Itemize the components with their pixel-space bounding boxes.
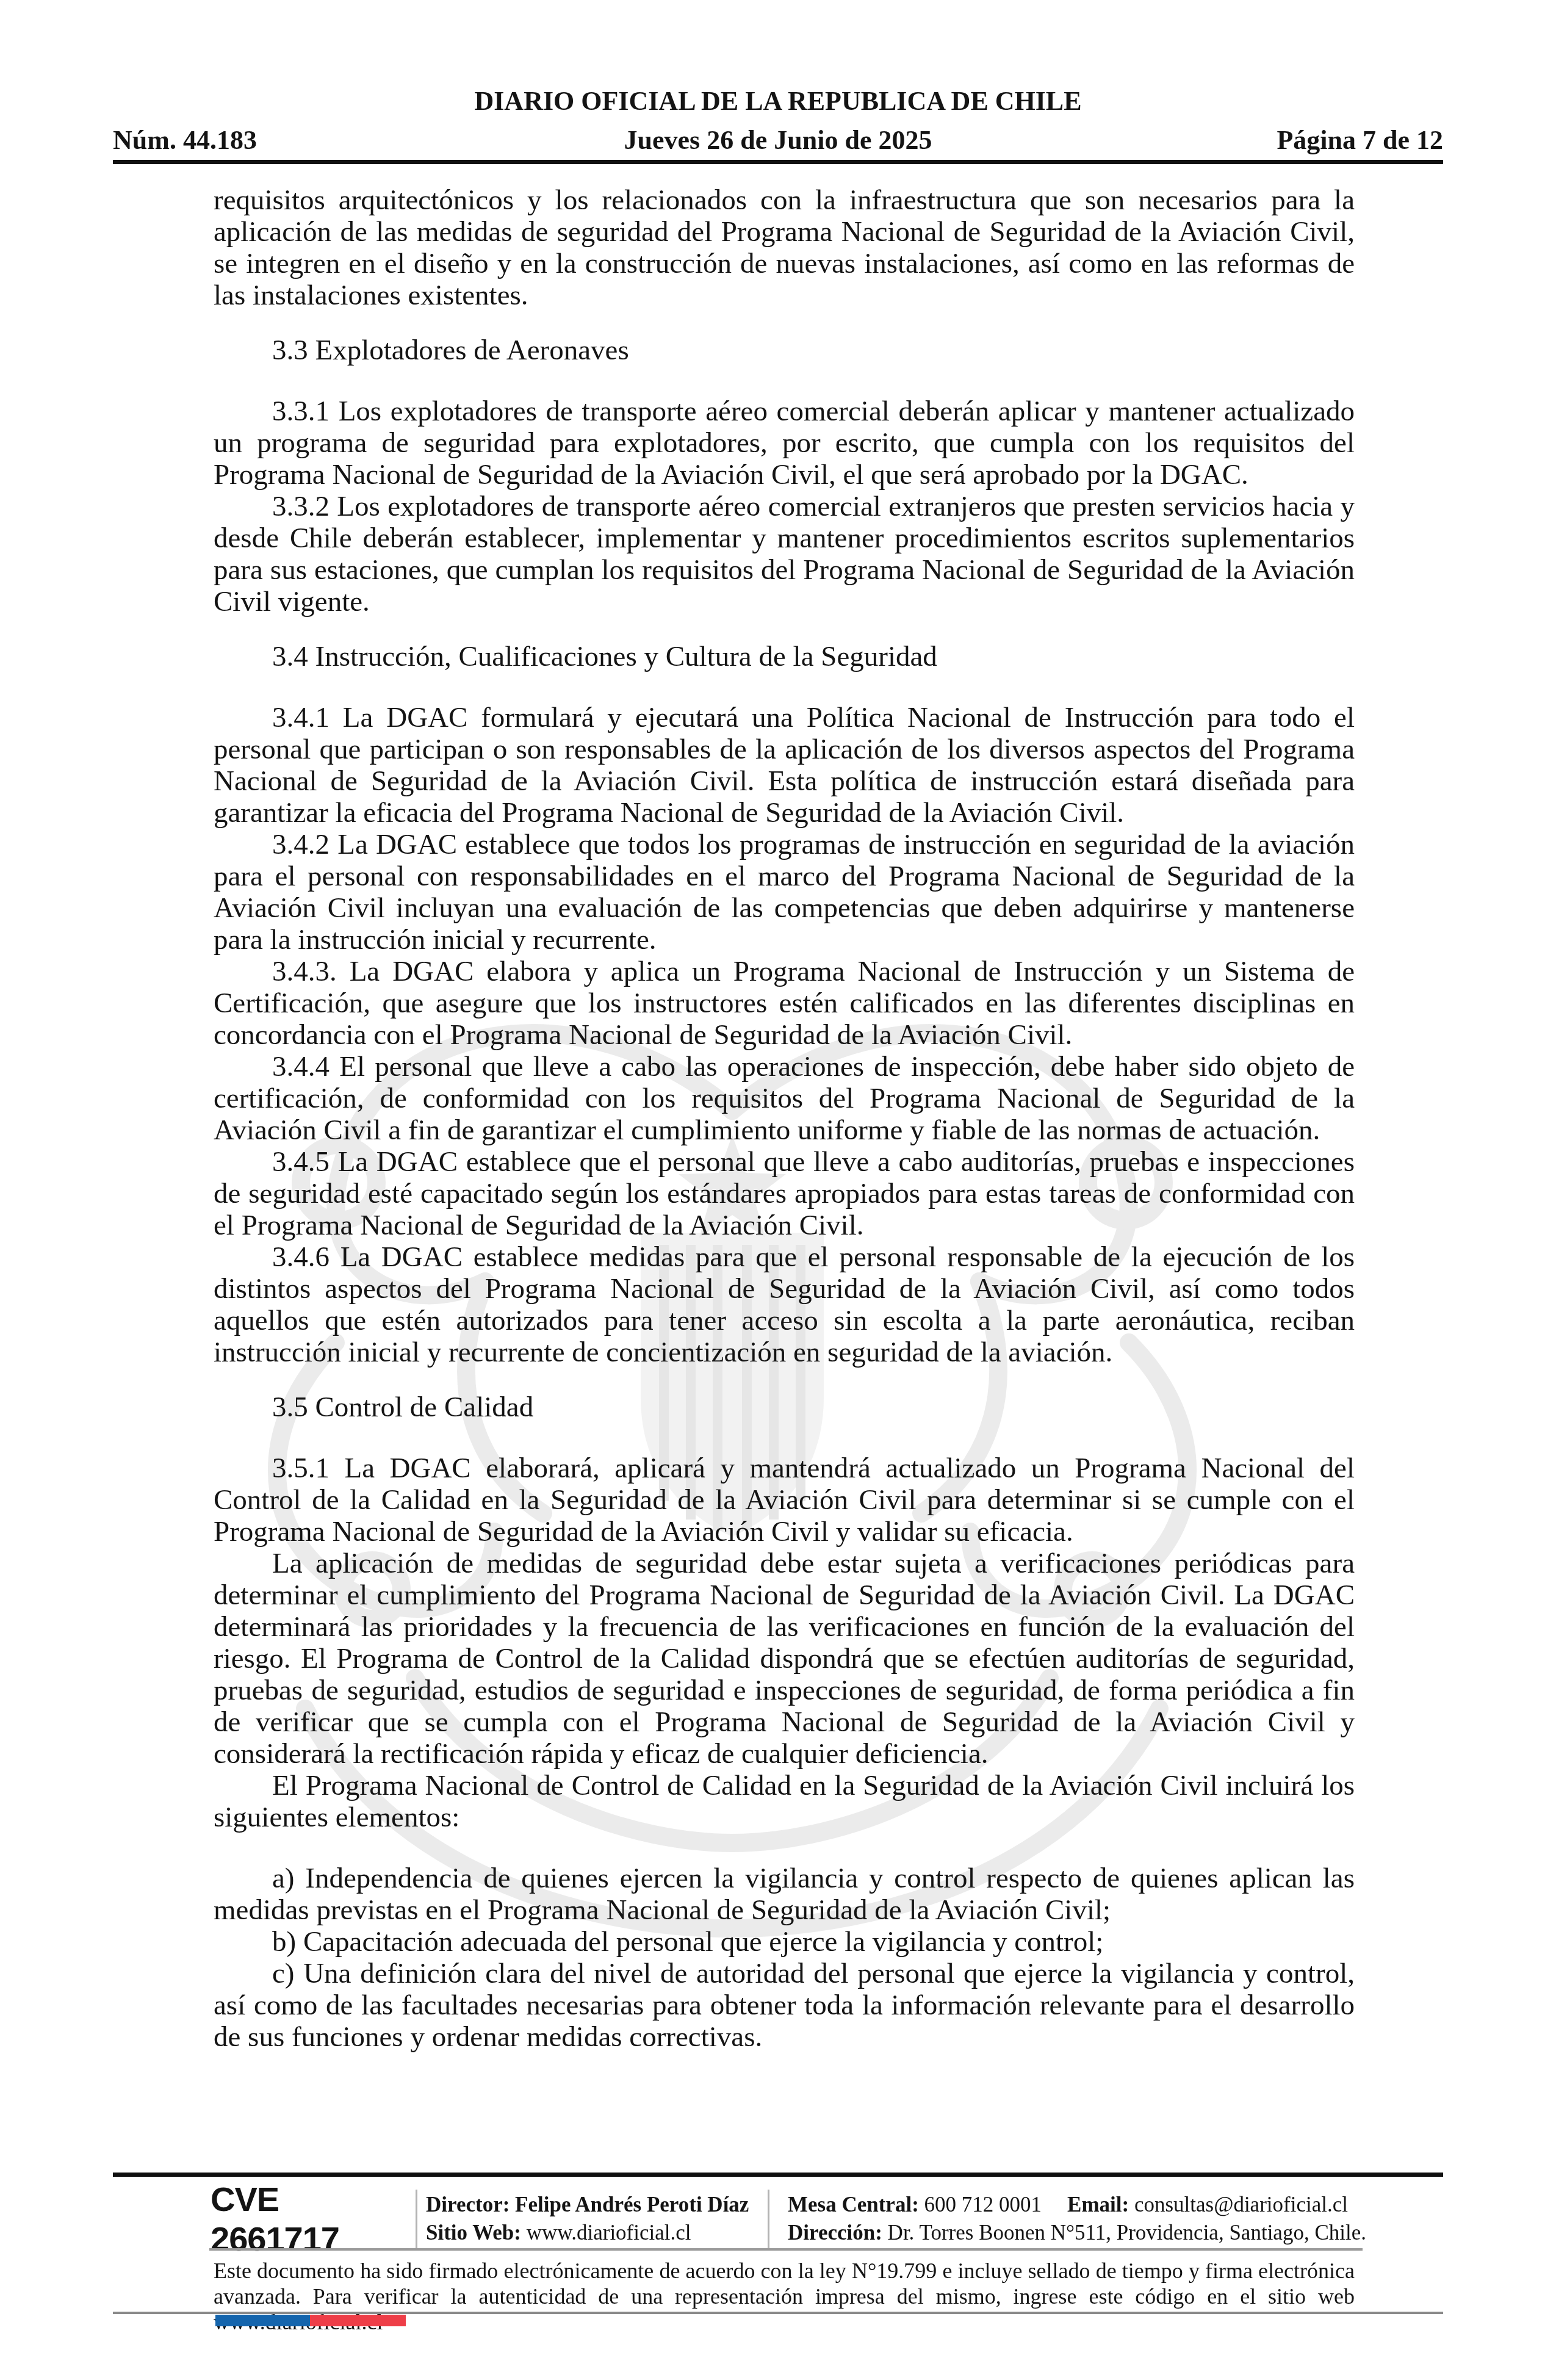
body-paragraph: La aplicación de medidas de seguridad de… [214,1548,1355,1770]
footer-bottom-rule [113,2312,1443,2314]
direccion-label: Dirección: [788,2221,882,2245]
body-paragraph: 3.4.1 La DGAC formulará y ejecutará una … [214,702,1355,829]
cve-code: CVE 2661717 [211,2179,416,2259]
body-paragraph: 3.4.3. La DGAC elabora y aplica un Progr… [214,956,1355,1051]
page-header: DIARIO OFICIAL DE LA REPUBLICA DE CHILE … [113,87,1443,156]
body-paragraph: El Programa Nacional de Control de Calid… [214,1770,1355,1833]
issue-date: Jueves 26 de Junio de 2025 [624,124,932,156]
section-heading: 3.5 Control de Calidad [214,1391,1355,1423]
email-label: Email: [1067,2193,1129,2216]
section-heading: 3.4 Instrucción, Cualificaciones y Cultu… [214,641,1355,673]
sitio-label: Sitio Web: [426,2221,521,2245]
page-number: Página 7 de 12 [932,124,1443,156]
body-paragraph: 3.5.1 La DGAC elaborará, aplicará y mant… [214,1452,1355,1548]
sitio-value: www.diarioficial.cl [527,2221,691,2245]
header-rule [113,160,1443,164]
header-meta-row: Núm. 44.183 Jueves 26 de Junio de 2025 P… [113,124,1443,156]
director-label: Director: [426,2193,510,2216]
document-page: DIARIO OFICIAL DE LA REPUBLICA DE CHILE … [0,0,1556,2380]
body-paragraph: b) Capacitación adecuada del personal qu… [214,1926,1355,1958]
director-line: Director: Felipe Andrés Peroti Díaz [426,2191,768,2219]
body-paragraphs: requisitos arquitectónicos y los relacio… [214,184,1355,2053]
body-paragraph: 3.3.1 Los explotadores de transporte aér… [214,395,1355,491]
email-value: consultas@diarioficial.cl [1134,2193,1348,2216]
footer-mid-rule [209,2248,1363,2251]
flag-red-bar [310,2315,406,2326]
director-value: Felipe Andrés Peroti Díaz [515,2193,749,2216]
footer-director-column: Director: Felipe Andrés Peroti Díaz Siti… [417,2191,768,2247]
footer-contact-column: Mesa Central: 600 712 0001Email: consult… [769,2191,1443,2247]
issue-number: Núm. 44.183 [113,124,624,156]
mesa-value: 600 712 0001 [924,2193,1042,2216]
body-paragraph: 3.4.2 La DGAC establece que todos los pr… [214,829,1355,956]
body-paragraph: a) Independencia de quienes ejercen la v… [214,1863,1355,1926]
direccion-line: Dirección: Dr. Torres Boonen N°511, Prov… [788,2219,1443,2247]
footer-info-row: CVE 2661717 Director: Felipe Andrés Pero… [211,2190,1443,2248]
body-paragraph: 3.3.2 Los explotadores de transporte aér… [214,491,1355,618]
gazette-title: DIARIO OFICIAL DE LA REPUBLICA DE CHILE [113,87,1443,116]
body-paragraph: c) Una definición clara del nivel de aut… [214,1958,1355,2053]
sitio-web-line: Sitio Web: www.diarioficial.cl [426,2219,768,2247]
body-paragraph: 3.4.5 La DGAC establece que el personal … [214,1146,1355,1241]
direccion-value: Dr. Torres Boonen N°511, Providencia, Sa… [888,2221,1366,2245]
flag-blue-bar [215,2315,310,2326]
body-paragraph: requisitos arquitectónicos y los relacio… [214,184,1355,311]
section-heading: 3.3 Explotadores de Aeronaves [214,334,1355,366]
body-paragraph: 3.4.4 El personal que lleve a cabo las o… [214,1051,1355,1146]
footer-top-rule [113,2173,1443,2177]
contact-line: Mesa Central: 600 712 0001Email: consult… [788,2191,1443,2219]
mesa-label: Mesa Central: [788,2193,919,2216]
body-paragraph: 3.4.6 La DGAC establece medidas para que… [214,1241,1355,1368]
